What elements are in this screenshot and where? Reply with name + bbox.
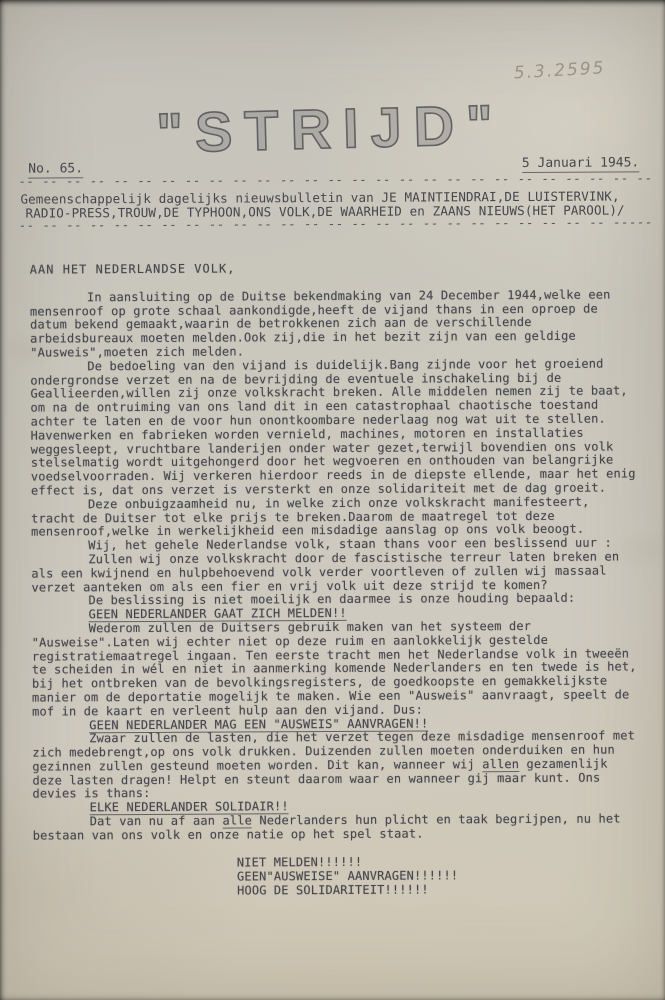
paragraphs-container: In aansluiting op de Duitse bekendmaking… bbox=[30, 288, 640, 843]
letter-paragraph: Wederom zullen de Duitsers gebruik maken… bbox=[32, 619, 639, 719]
newsletter-page: 5.3.2595 "STRIJD" No. 65. 5 Januari 1945… bbox=[0, 0, 665, 1000]
letter-paragraph: Dat van nu af aan alle Nederlanders hun … bbox=[33, 812, 640, 843]
masthead: 5.3.2595 "STRIJD" No. 65. 5 Januari 1945… bbox=[0, 0, 664, 260]
underlined-word: allen bbox=[482, 757, 519, 772]
letter-paragraph: Zullen wij onze volkskracht door de fasc… bbox=[31, 550, 638, 595]
dashed-rule-top: -- -- -- -- -- -- -- -- -- -- -- -- -- -… bbox=[18, 170, 653, 188]
letter-body: AAN HET NEDERLANDSE VOLK, In aansluiting… bbox=[30, 256, 640, 898]
letter-paragraph: De bedoeling van den vijand is duidelijk… bbox=[30, 357, 638, 498]
letter-paragraph: Deze onbuigzaamheid nu, in welke zich on… bbox=[31, 495, 638, 540]
slogan-line: HOOG DE SOLIDARITEIT!!!!!! bbox=[237, 881, 640, 897]
dashed-rule-bottom: -- -- -- -- -- -- -- -- -- -- -- -- -- -… bbox=[19, 214, 654, 232]
salutation: AAN HET NEDERLANDSE VOLK, bbox=[30, 260, 637, 277]
handwritten-archive-number: 5.3.2595 bbox=[513, 58, 606, 83]
letter-paragraph: In aansluiting op de Duitse bekendmaking… bbox=[30, 288, 637, 360]
page-content: 5.3.2595 "STRIJD" No. 65. 5 Januari 1945… bbox=[0, 0, 665, 1000]
closing-slogans: NIET MELDEN!!!!!!GEEN"AUSWEISE" AANVRAGE… bbox=[237, 853, 640, 897]
letter-paragraph: Zwaar zullen de lasten, die het verzet t… bbox=[32, 730, 639, 802]
underlined-word: alle bbox=[222, 814, 252, 829]
